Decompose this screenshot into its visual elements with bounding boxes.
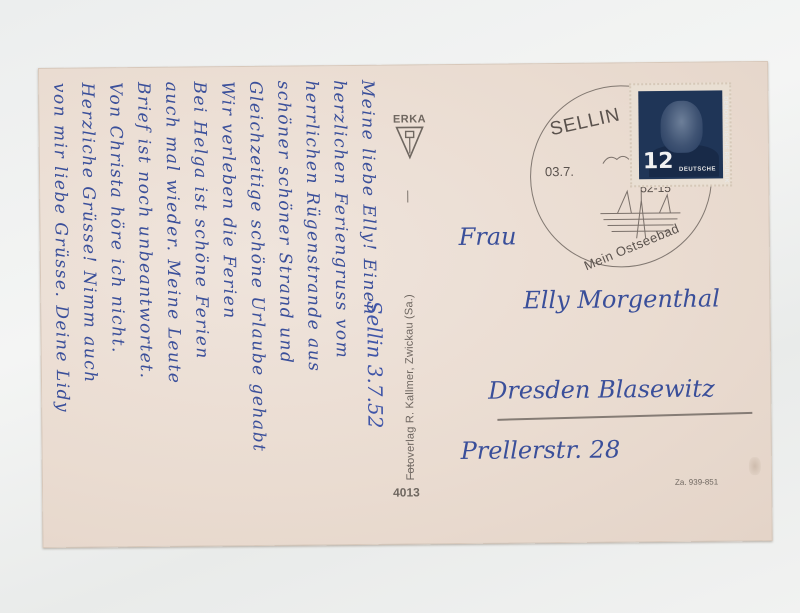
address-name: Elly Morgenthal <box>523 284 720 314</box>
postage-stamp: 12 DEUTSCHE DEMOKRATISCHE REPUBLIK <box>629 82 732 187</box>
message-line: herrlichen Rügenstrande aus <box>301 80 324 372</box>
message-line: herzlichen Feriengruss vom <box>329 80 352 359</box>
divider-line <box>410 463 411 477</box>
handwritten-date-note: Sellin 3.7.52 <box>362 301 387 429</box>
postmark-date: 03.7. <box>545 164 574 179</box>
message-line: von mir liebe Grüsse. Deine Lidy <box>49 83 72 413</box>
address-street: Prellerstr. 28 <box>461 435 621 465</box>
address-salutation: Frau <box>459 222 517 251</box>
message-line: Bei Helga ist schöne Ferien <box>189 81 212 360</box>
publisher-logo: ERKA <box>392 113 426 164</box>
message-line: Brief ist noch unbeantwortet. <box>133 82 156 380</box>
message-line: Von Christa höre ich nicht. <box>105 82 128 354</box>
message-line: schöner schöner Strand und <box>273 81 296 365</box>
address-city: Dresden Blasewitz <box>488 375 715 405</box>
message-line: auch mal wieder. Meine Leute <box>161 82 184 385</box>
message-line: Wir verleben die Ferien <box>217 81 239 320</box>
stamp-country-full: DEMOKRATISCHE REPUBLIK <box>722 96 729 183</box>
postcard: Meine liebe Elly! Einen herzlichen Ferie… <box>38 61 773 548</box>
card-stain <box>749 457 761 475</box>
print-code: Za. 939-851 <box>675 477 718 486</box>
portrait-icon <box>660 101 702 153</box>
stamp-value: 12 <box>643 149 674 174</box>
message-line: Gleichzeitige schöne Urlaube gehabt <box>245 81 269 453</box>
message-line: Herzliche Grüsse! Nimm auch <box>77 82 100 383</box>
publisher-line: Fotoverlag R. Kallmer, Zwickau (Sa.) <box>403 294 417 480</box>
tripod-camera-icon <box>395 125 425 159</box>
handwritten-message: Meine liebe Elly! Einen herzlichen Ferie… <box>47 80 381 533</box>
stamp-country: DEUTSCHE <box>679 166 716 172</box>
message-line: Meine liebe Elly! Einen <box>357 80 379 316</box>
card-number: 4013 <box>393 485 420 499</box>
city-underline <box>497 412 752 421</box>
divider-line <box>407 190 408 202</box>
